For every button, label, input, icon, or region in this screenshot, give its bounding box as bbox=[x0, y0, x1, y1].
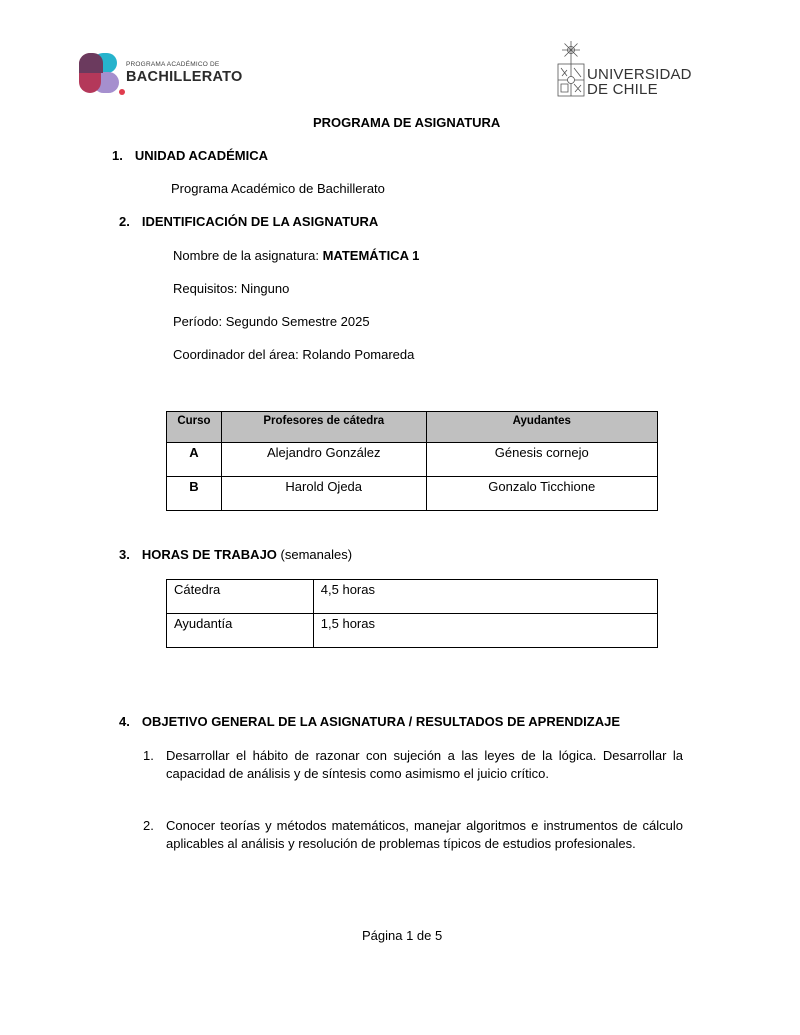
objective-item-text: Desarrollar el hábito de razonar con suj… bbox=[166, 747, 683, 783]
logo-title: BACHILLERATO bbox=[126, 69, 243, 85]
section-number: 3. bbox=[119, 547, 130, 562]
table-header-row: Curso Profesores de cátedra Ayudantes bbox=[167, 412, 658, 443]
objective-item-number: 2. bbox=[143, 818, 154, 834]
section-1-heading: 1.UNIDAD ACADÉMICA bbox=[112, 148, 268, 164]
courses-table: Curso Profesores de cátedra Ayudantes A … bbox=[166, 411, 658, 511]
cell-profesor: Harold Ojeda bbox=[221, 477, 426, 511]
section-number: 2. bbox=[119, 214, 130, 229]
field-label: Nombre de la asignatura: bbox=[173, 248, 323, 263]
cell-activity: Ayudantía bbox=[167, 614, 314, 648]
unidad-academica-value: Programa Académico de Bachillerato bbox=[171, 181, 385, 197]
field-coordinador: Coordinador del área: Rolando Pomareda bbox=[173, 347, 414, 363]
university-name-line1: UNIVERSIDAD bbox=[587, 67, 692, 82]
cell-activity: Cátedra bbox=[167, 580, 314, 614]
section-4-heading: 4.OBJETIVO GENERAL DE LA ASIGNATURA / RE… bbox=[119, 714, 620, 730]
header-curso: Curso bbox=[167, 412, 222, 443]
field-value: Ninguno bbox=[241, 281, 289, 296]
hours-table: Cátedra 4,5 horas Ayudantía 1,5 horas bbox=[166, 579, 658, 648]
section-title: OBJETIVO GENERAL DE LA ASIGNATURA / RESU… bbox=[142, 714, 620, 729]
field-label: Requisitos: bbox=[173, 281, 241, 296]
field-requisitos: Requisitos: Ninguno bbox=[173, 281, 289, 297]
section-title-suffix: (semanales) bbox=[277, 547, 352, 562]
section-title: IDENTIFICACIÓN DE LA ASIGNATURA bbox=[142, 214, 378, 229]
bachillerato-b-icon bbox=[79, 52, 125, 96]
header-ayudantes: Ayudantes bbox=[426, 412, 658, 443]
field-label: Coordinador del área: bbox=[173, 347, 302, 362]
field-periodo: Período: Segundo Semestre 2025 bbox=[173, 314, 370, 330]
objective-item-text: Conocer teorías y métodos matemáticos, m… bbox=[166, 817, 683, 853]
university-name-line2: DE CHILE bbox=[587, 82, 658, 97]
field-nombre-asignatura: Nombre de la asignatura: MATEMÁTICA 1 bbox=[173, 248, 419, 264]
table-row: Ayudantía 1,5 horas bbox=[167, 614, 658, 648]
field-value: Rolando Pomareda bbox=[302, 347, 414, 362]
cell-ayudante: Génesis cornejo bbox=[426, 443, 658, 477]
table-row: Cátedra 4,5 horas bbox=[167, 580, 658, 614]
field-value: MATEMÁTICA 1 bbox=[323, 248, 420, 263]
page-number: Página 1 de 5 bbox=[362, 928, 442, 944]
university-crest-icon bbox=[556, 40, 586, 98]
logo-subtitle: PROGRAMA ACADÉMICO DE bbox=[126, 61, 219, 68]
section-title: UNIDAD ACADÉMICA bbox=[135, 148, 268, 163]
field-label: Período: bbox=[173, 314, 226, 329]
bachillerato-logo: PROGRAMA ACADÉMICO DE BACHILLERATO bbox=[79, 52, 249, 96]
field-value: Segundo Semestre 2025 bbox=[226, 314, 370, 329]
section-3-heading: 3.HORAS DE TRABAJO (semanales) bbox=[119, 547, 352, 563]
universidad-de-chile-logo: UNIVERSIDAD DE CHILE bbox=[556, 40, 696, 100]
header-profesores: Profesores de cátedra bbox=[221, 412, 426, 443]
table-row: B Harold Ojeda Gonzalo Ticchione bbox=[167, 477, 658, 511]
document-title: PROGRAMA DE ASIGNATURA bbox=[313, 115, 500, 131]
objective-item-number: 1. bbox=[143, 748, 154, 764]
cell-curso: B bbox=[167, 477, 222, 511]
cell-curso: A bbox=[167, 443, 222, 477]
cell-profesor: Alejandro González bbox=[221, 443, 426, 477]
section-title: HORAS DE TRABAJO bbox=[142, 547, 277, 562]
cell-hours: 4,5 horas bbox=[313, 580, 657, 614]
section-number: 1. bbox=[112, 148, 123, 163]
cell-ayudante: Gonzalo Ticchione bbox=[426, 477, 658, 511]
cell-hours: 1,5 horas bbox=[313, 614, 657, 648]
section-number: 4. bbox=[119, 714, 130, 729]
table-row: A Alejandro González Génesis cornejo bbox=[167, 443, 658, 477]
section-2-heading: 2.IDENTIFICACIÓN DE LA ASIGNATURA bbox=[119, 214, 378, 230]
